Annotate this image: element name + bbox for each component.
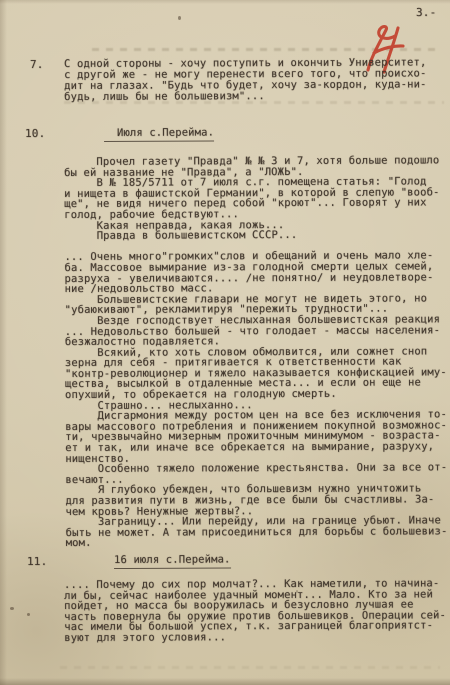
paper-speck	[27, 613, 30, 616]
entry-10-heading-text: Июля с.Перейма.	[104, 127, 214, 142]
entry-7-number: 7.	[30, 60, 44, 71]
page-edge-shadow-bottom	[0, 678, 450, 685]
scanned-document-page: 3.- 7. С одной стороны - хочу поступить …	[0, 0, 450, 685]
page-edge-shadow-left	[0, 0, 7, 685]
entry-11-number: 11.	[27, 557, 47, 568]
entry-11-heading: 16 июля с.Перейма.	[114, 554, 231, 565]
entry-7-body: С одной стороны - хочу поступить и оконч…	[64, 57, 427, 103]
entry-10-body: Прочел газету "Правда" № № 3 и 7, хотя б…	[64, 155, 448, 549]
entry-11-heading-text: 16 июля с.Перейма.	[114, 553, 231, 568]
entry-10-heading: Июля с.Перейма.	[104, 128, 214, 139]
page-edge-shadow-top	[0, 0, 450, 4]
ink-bleed-artifact	[60, 666, 440, 669]
entry-10-number: 10.	[25, 129, 45, 140]
paper-speck	[178, 16, 181, 20]
page-number: 3.-	[416, 8, 436, 19]
paper-speck	[10, 607, 14, 610]
entry-11-body: .... Почему до сих пор молчат?... Как на…	[64, 578, 446, 643]
